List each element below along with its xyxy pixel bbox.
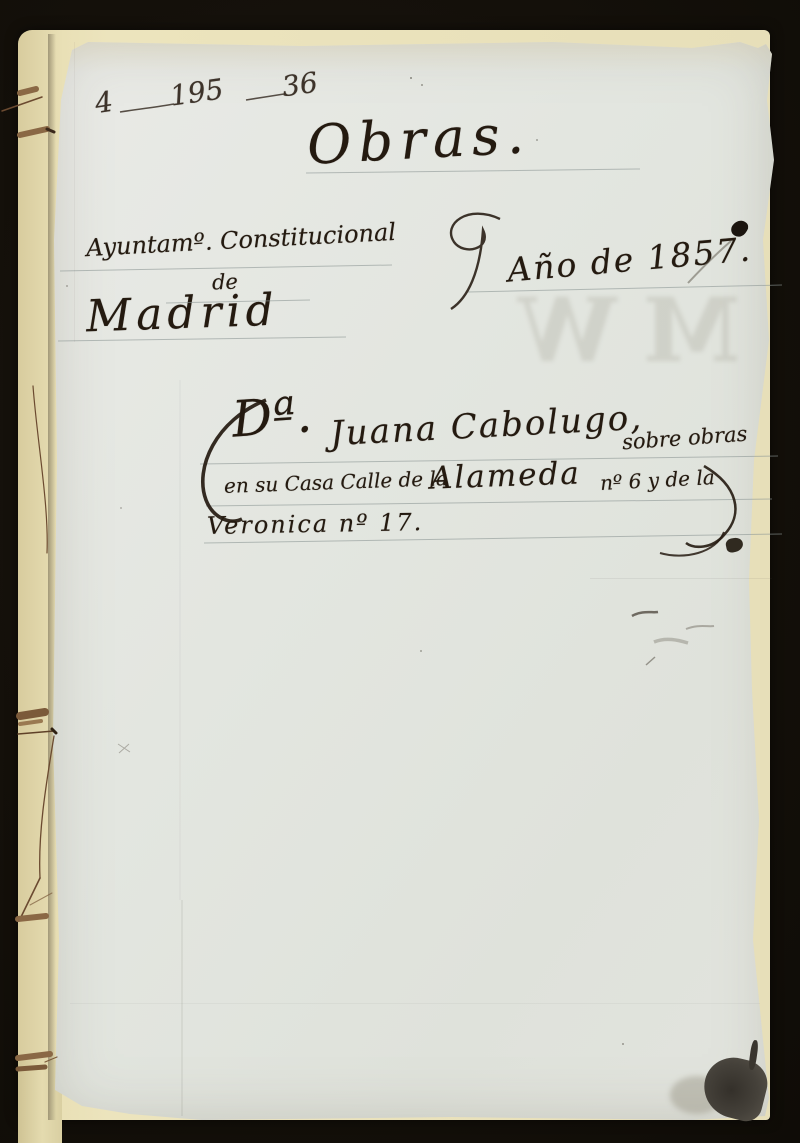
paper-crease-vertical-2 — [179, 380, 181, 900]
subject-honorific: Dª. — [230, 385, 314, 448]
scanned-document-background: MW 4 195 36 Obras. Ayuntamº. Constitucio… — [0, 0, 800, 1143]
paper-crease-horizontal-2 — [70, 1003, 760, 1004]
institution-line-3: Madrid — [85, 285, 279, 343]
subject-line2-c: nº 6 y de la — [599, 465, 715, 495]
institution-line-1: Ayuntamº. Constitucional — [85, 218, 396, 262]
subject-line2-a: en su Casa Calle de la — [224, 466, 449, 498]
paper-crease-vertical-1 — [74, 42, 75, 342]
ink-bleedthrough: MW — [492, 278, 740, 382]
paper-specks — [410, 77, 412, 79]
paper-crease-horizontal-1 — [590, 578, 772, 579]
subject-line-3: Veronica nº 17. — [207, 508, 424, 540]
page-edge-shadow — [48, 34, 56, 1120]
paper-crease-vertical-3 — [181, 900, 183, 1116]
reference-number-1: 4 — [93, 85, 116, 120]
reference-number-2: 195 — [168, 72, 226, 112]
reference-number-3: 36 — [280, 66, 320, 104]
subject-name: Juana Cabolugo, — [329, 398, 644, 454]
document-cover-page: MW 4 195 36 Obras. Ayuntamº. Constitucio… — [52, 40, 774, 1120]
subject-line2-b: Alameda — [429, 455, 581, 496]
document-title: Obras. — [306, 102, 533, 177]
